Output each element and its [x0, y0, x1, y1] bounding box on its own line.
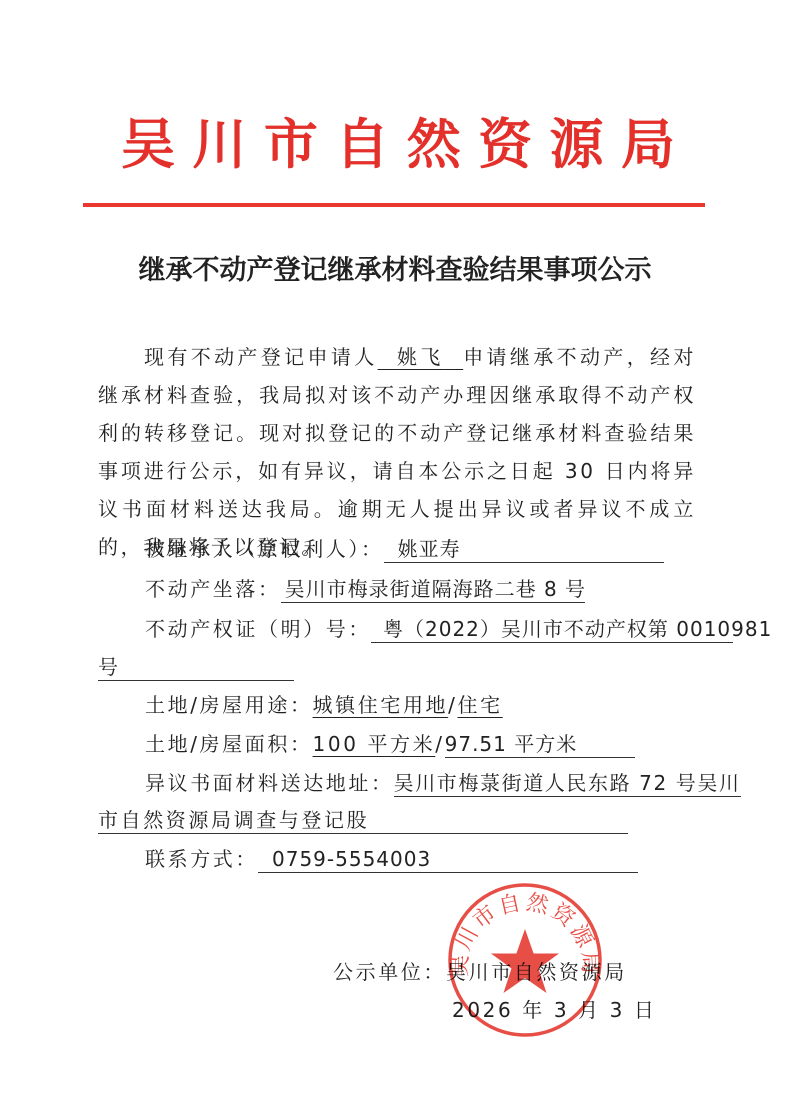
location-label: 不动产坐落： — [145, 577, 281, 601]
field-certificate: 不动产权证（明）号：粤（2022）吴川市不动产权第 0010981 — [145, 614, 733, 644]
intro-text-before: 现有不动产登记申请人 — [144, 345, 378, 369]
area-separator: / — [435, 732, 444, 756]
field-usage: 土地/房屋用途：城镇住宅用地/住宅 — [145, 690, 503, 720]
official-seal: 吴川市自然资源局 — [446, 881, 604, 1039]
field-objection-address-cont: 市自然资源局调查与登记股 — [98, 805, 628, 835]
letterhead-char: 自 — [332, 102, 392, 179]
document-title: 继承不动产登记继承材料查验结果事项公示 — [100, 248, 690, 287]
applicant-name: 姚飞 — [378, 345, 464, 369]
field-decedent: 被继承人（原权利人）：姚亚寿 — [145, 534, 664, 564]
contact-label: 联系方式： — [145, 847, 258, 871]
intro-text-after: 申请继承不动产，经对继承材料查验，我局拟对该不动产办理因继承取得不动产权利的转移… — [98, 345, 696, 559]
objection-address-value-line2: 市自然资源局调查与登记股 — [98, 807, 628, 834]
agency-letterhead: 吴 川 市 自 然 资 源 局 — [118, 100, 678, 180]
area-land-value: 100 平方米 — [313, 732, 436, 756]
certificate-value-line1: 粤（2022）吴川市不动产权第 0010981 — [371, 616, 733, 643]
contact-value: 0759-5554003 — [258, 846, 638, 873]
usage-house-value: 住宅 — [458, 693, 503, 717]
certificate-label: 不动产权证（明）号： — [145, 617, 371, 641]
field-certificate-cont: 号 — [98, 652, 294, 682]
field-contact: 联系方式：0759-5554003 — [145, 844, 638, 874]
area-house-value: 97.51 平方米 — [445, 731, 635, 758]
letterhead-char: 局 — [618, 102, 678, 179]
letterhead-char: 市 — [261, 102, 321, 179]
usage-separator: / — [448, 693, 457, 717]
field-location: 不动产坐落：吴川市梅录街道隔海路二巷 8 号 — [145, 574, 585, 604]
area-label: 土地/房屋面积： — [145, 732, 313, 756]
usage-land-value: 城镇住宅用地 — [313, 693, 449, 717]
letterhead-char: 然 — [404, 102, 464, 179]
letterhead-char: 资 — [475, 102, 535, 179]
star-icon — [491, 929, 559, 993]
intro-paragraph: 现有不动产登记申请人 姚飞 申请继承不动产，经对继承材料查验，我局拟对该不动产办… — [98, 338, 696, 566]
objection-address-label: 异议书面材料送达地址： — [145, 771, 394, 795]
letterhead-char: 吴 — [118, 102, 178, 179]
decedent-label: 被继承人（原权利人）： — [145, 537, 384, 561]
letterhead-char: 川 — [189, 102, 249, 179]
location-value: 吴川市梅录街道隔海路二巷 8 号 — [281, 576, 585, 603]
certificate-value-line2: 号 — [98, 654, 294, 681]
usage-label: 土地/房屋用途： — [145, 693, 313, 717]
letterhead-divider — [83, 203, 705, 207]
field-objection-address: 异议书面材料送达地址：吴川市梅菉街道人民东路 72 号吴川 — [145, 768, 741, 798]
objection-address-value-line1: 吴川市梅菉街道人民东路 72 号吴川 — [394, 770, 741, 797]
field-area: 土地/房屋面积：100 平方米/97.51 平方米 — [145, 729, 635, 759]
letterhead-char: 源 — [547, 102, 607, 179]
signature-unit-label: 公示单位： — [333, 960, 446, 984]
decedent-value: 姚亚寿 — [384, 536, 664, 563]
